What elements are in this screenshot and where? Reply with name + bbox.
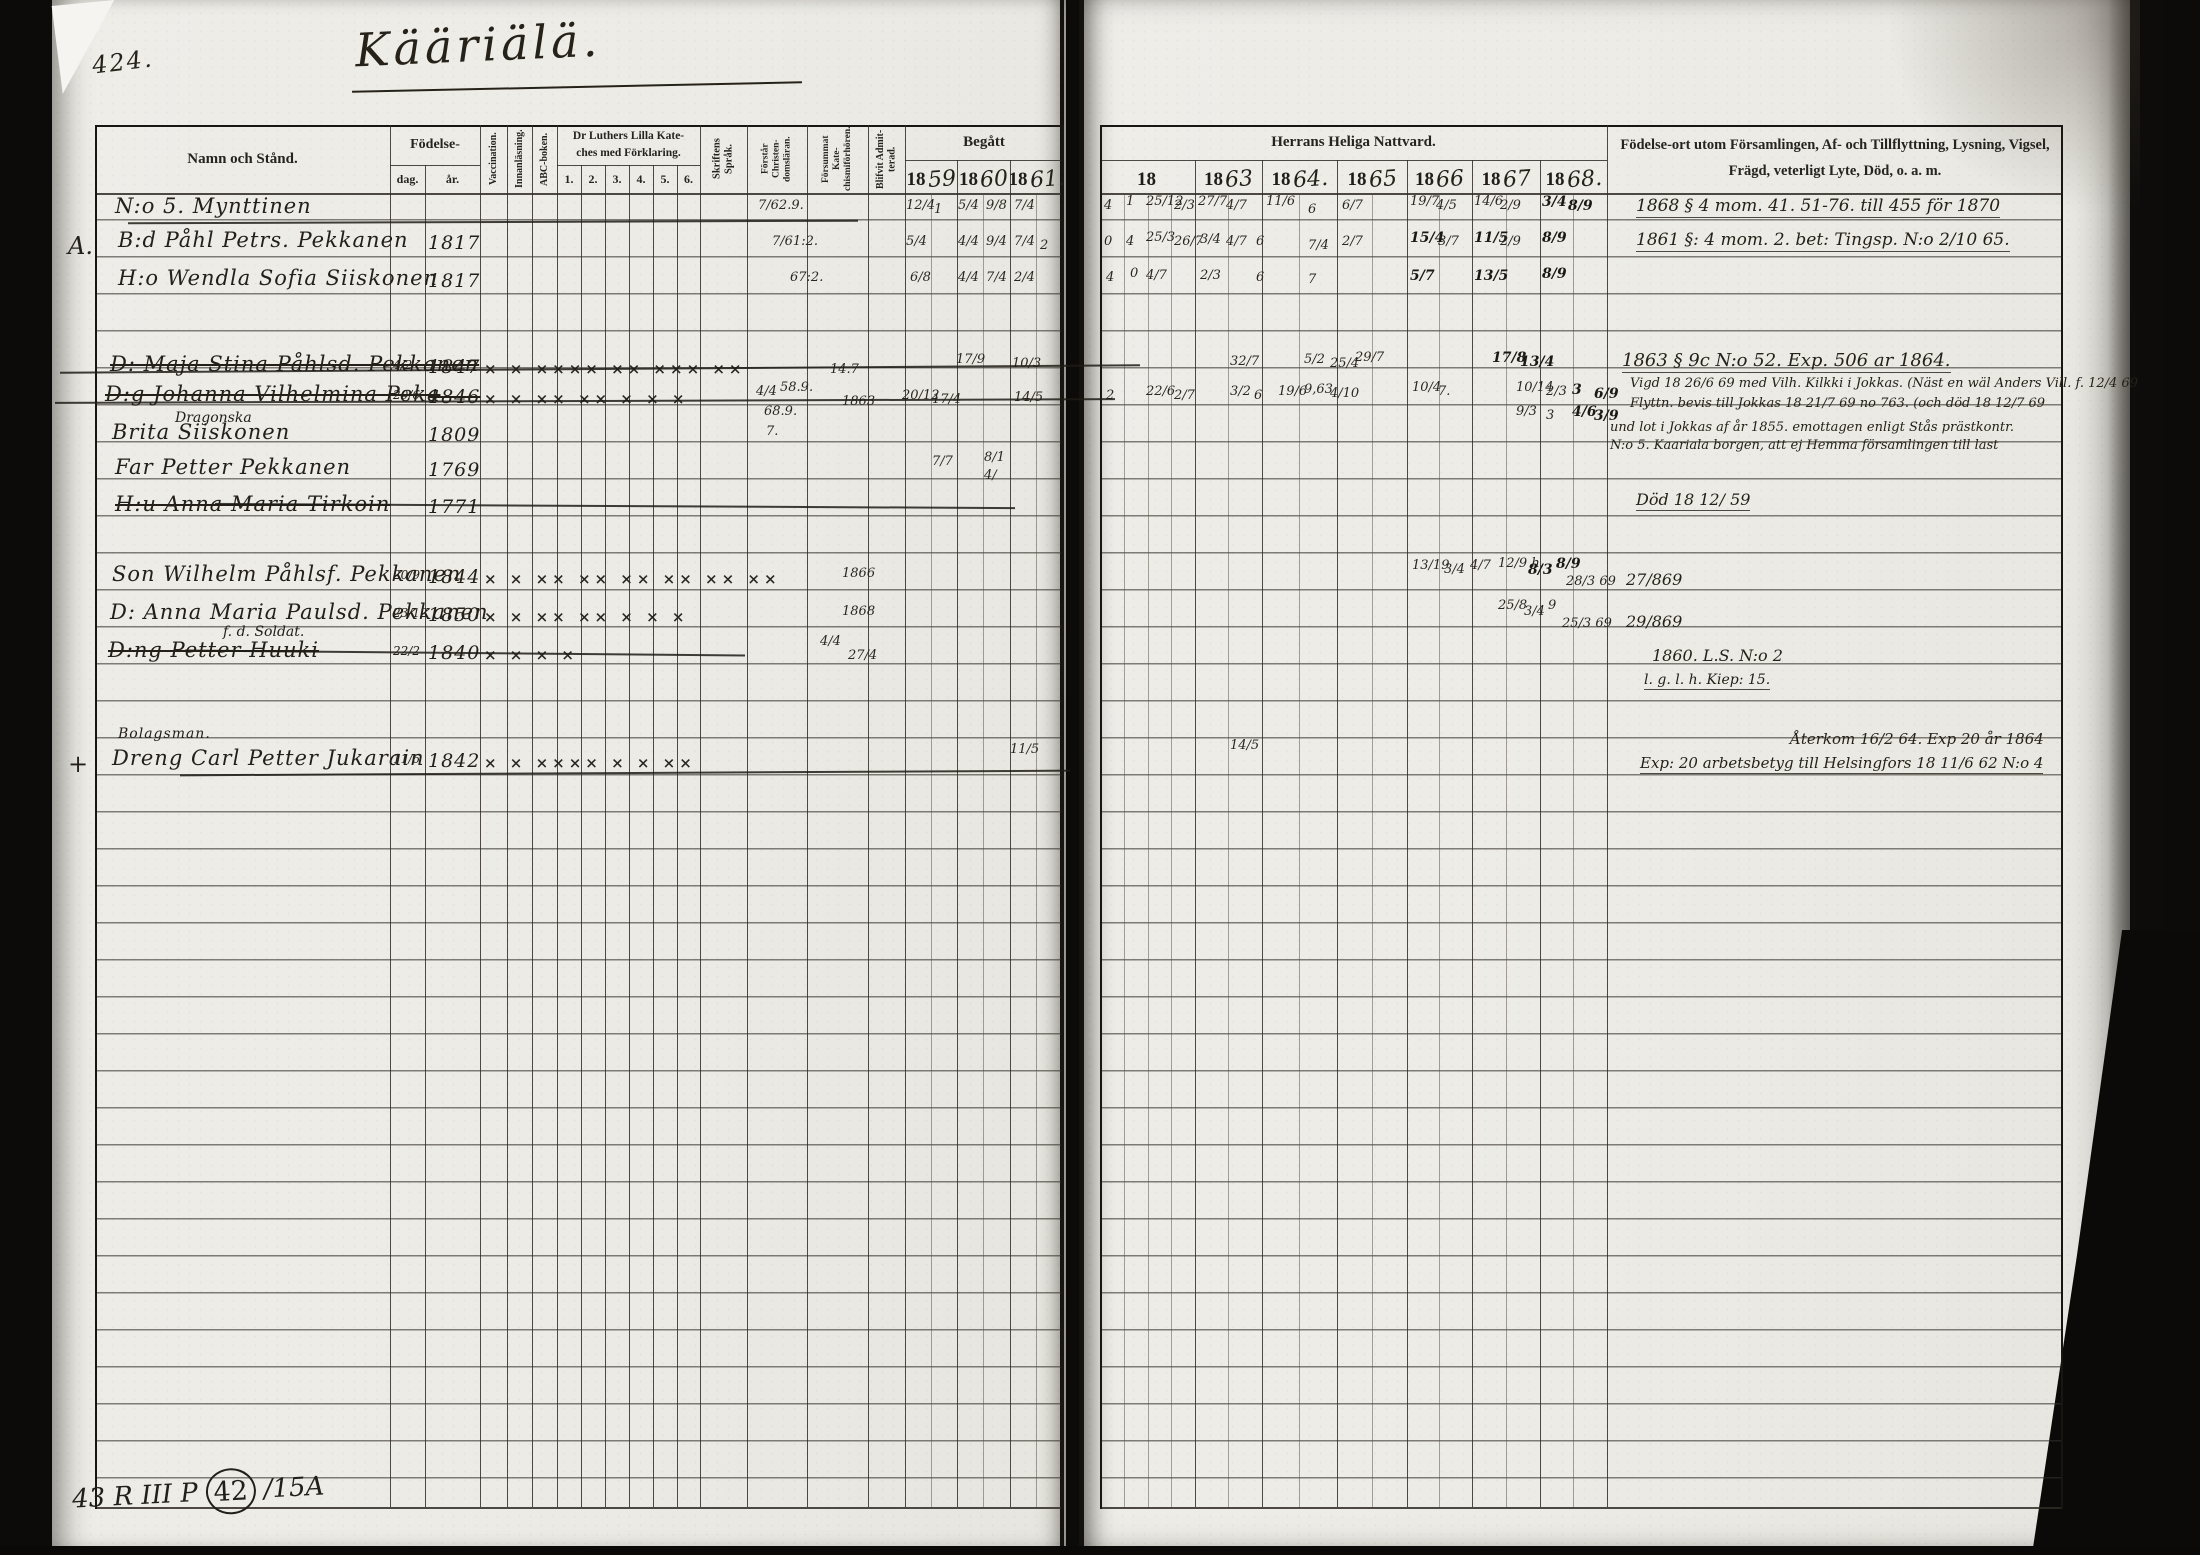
grid-mark: 7/4 bbox=[1308, 238, 1329, 253]
grid-mark: 13/4 bbox=[1520, 354, 1554, 370]
grid-mark: 26/7 bbox=[1174, 234, 1203, 249]
grid-mark: 10/4 bbox=[1412, 380, 1441, 395]
year-1868: 1868. bbox=[1540, 160, 1607, 191]
grid-line bbox=[700, 125, 701, 1507]
grid-line bbox=[868, 125, 869, 1507]
birth-year: 1809 bbox=[428, 424, 480, 446]
remark-note: Vigd 18 26/6 69 med Vilh. Kilkki i Jokka… bbox=[1630, 376, 2138, 391]
grid-mark: 4 bbox=[1106, 270, 1114, 285]
grid-line bbox=[95, 125, 97, 1509]
grid-mark: 2/9 bbox=[1500, 198, 1521, 213]
grid-mark: 2/4 bbox=[1014, 270, 1035, 285]
grid-mark: 4/7 bbox=[1470, 558, 1491, 573]
year-1861: 1861. bbox=[1010, 160, 1063, 191]
grid-line bbox=[1100, 1507, 2063, 1509]
corner-note-circled-number: 42 bbox=[205, 1467, 257, 1516]
row-name: H:o Wendla Sofia Siiskonen bbox=[118, 266, 438, 290]
year-1860: 1860 bbox=[957, 160, 1010, 191]
col-header-missed: Försummat Kate- chismiförhören. bbox=[807, 126, 868, 192]
grid-mark: 7/7 bbox=[932, 454, 953, 469]
margin-note: A. bbox=[68, 232, 93, 260]
grid-mark: 2/3 bbox=[1200, 268, 1221, 283]
grid-mark: 0 bbox=[1130, 266, 1138, 281]
remark-note: N:o 5. Kaariala borgen, att ej Hemma för… bbox=[1610, 438, 1998, 453]
grid-line bbox=[1010, 160, 1011, 1507]
grid-mark: 6/7 bbox=[1342, 198, 1363, 213]
grid-mark: 2 bbox=[1040, 238, 1048, 253]
grid-line bbox=[557, 125, 558, 1507]
grid-mark: 67:2. bbox=[790, 270, 823, 285]
year-printed: 18 bbox=[1009, 169, 1028, 191]
remark-note: 29/869 bbox=[1626, 612, 1682, 631]
remark-note: Exp: 20 arbetsbetyg till Helsingfors 18 … bbox=[1640, 754, 2043, 774]
grid-mark: 4/4 bbox=[820, 634, 841, 649]
birth-year: 1817 bbox=[428, 270, 480, 292]
grid-mark: 27/7 bbox=[1198, 194, 1227, 209]
grid-mark: 2/7 bbox=[1342, 234, 1363, 249]
grid-mark: 4/4 bbox=[958, 270, 979, 285]
birth-day: 11/6 bbox=[393, 752, 420, 766]
grid-mark: 9/4 bbox=[986, 234, 1007, 249]
year-printed: 18 bbox=[907, 169, 926, 191]
grid-mark: 19/7 bbox=[1410, 194, 1439, 209]
col-header-understands: Förstår Christen- domsläran. bbox=[747, 126, 807, 192]
remark-note: 27/869 bbox=[1626, 570, 1682, 589]
year-1866: 1866 bbox=[1407, 160, 1472, 191]
col-header-vaccination: Vaccination. bbox=[480, 126, 507, 192]
grid-line bbox=[1372, 193, 1373, 1507]
year-1863: 1863 bbox=[1195, 160, 1262, 191]
grid-mark: 8/1 bbox=[984, 450, 1005, 465]
grid-mark: 6 bbox=[1308, 202, 1316, 217]
grid-line bbox=[1472, 160, 1473, 1507]
grid-mark: 1 bbox=[1126, 194, 1134, 209]
grid-line bbox=[905, 125, 906, 1507]
catechism-col-2: 2. bbox=[581, 165, 605, 193]
grid-mark: 28/3 69 bbox=[1566, 574, 1616, 589]
remark-note: Flyttn. bevis till Jokkas 18 21/7 69 no … bbox=[1630, 396, 2045, 411]
grid-mark: 3/4 bbox=[1542, 194, 1567, 210]
grid-mark: 19/6 bbox=[1278, 384, 1307, 399]
grid-mark: 9/8 bbox=[986, 198, 1007, 213]
grid-mark: 14.7 bbox=[830, 362, 859, 377]
grid-mark: 10/3 bbox=[1012, 356, 1041, 371]
col-header-reading: Innanläsning. bbox=[507, 126, 532, 192]
year-printed: 18 bbox=[1348, 169, 1367, 191]
check-marks: × × × × bbox=[484, 646, 578, 664]
year-written: 61. bbox=[1029, 166, 1066, 193]
remark-note: und lot i Jokkas af år 1855. emottagen e… bbox=[1610, 420, 2014, 435]
col-header-scripture: Skriftens Språk. bbox=[700, 126, 747, 192]
col-header-communion: Herrans Heliga Nattvard. bbox=[1100, 125, 1607, 160]
grid-mark: 2/3 bbox=[1546, 384, 1567, 399]
grid-mark: 5/4 bbox=[906, 234, 927, 249]
year-written: 64. bbox=[1292, 166, 1329, 193]
grid-mark: 11/6 bbox=[1266, 194, 1295, 209]
row-subnote: f. d. Soldat. bbox=[223, 624, 304, 640]
check-marks: × × ×××× × × ×× bbox=[484, 754, 696, 772]
margin-note: + bbox=[68, 750, 88, 778]
year-printed: 18 bbox=[1137, 169, 1156, 191]
grid-mark: 29/7 bbox=[1355, 350, 1384, 365]
year-printed: 18 bbox=[1204, 169, 1223, 191]
grid-line bbox=[983, 193, 984, 1507]
grid-mark: 25/3 69 bbox=[1562, 616, 1612, 631]
year-written: 68. bbox=[1566, 166, 1603, 193]
year-printed: 18 bbox=[1546, 169, 1565, 191]
col-header-catechism-2: ches med Förklaring. bbox=[557, 144, 700, 162]
birth-year: 1847 bbox=[428, 356, 480, 378]
grid-mark: 0 bbox=[1104, 234, 1112, 249]
year-written: 63 bbox=[1224, 166, 1254, 193]
grid-mark: 7. bbox=[1438, 384, 1450, 399]
grid-line bbox=[747, 125, 748, 1507]
row-name: Brita Siiskonen bbox=[112, 420, 290, 444]
grid-mark: 9,63 bbox=[1304, 382, 1333, 397]
grid-mark: 8/9 bbox=[1542, 266, 1567, 282]
remark-note: 1861 §: 4 mom. 2. bet: Tingsp. N:o 2/10 … bbox=[1636, 230, 2010, 252]
grid-mark: 6 bbox=[1256, 234, 1264, 249]
grid-mark: 2 bbox=[1106, 388, 1114, 403]
grid-mark: 6/9 bbox=[1594, 386, 1619, 402]
birth-day: 23/12 bbox=[393, 606, 428, 620]
grid-line bbox=[1607, 125, 1608, 1507]
check-marks: × × ×× ×× ×× ×× ×× ×× bbox=[484, 570, 781, 588]
grid-mark: 68.9. bbox=[764, 404, 797, 419]
grid-mark: 14/6 bbox=[1474, 194, 1503, 209]
year-printed: 18 bbox=[1272, 169, 1291, 191]
remark-note: 1868 § 4 mom. 41. 51-76. till 455 för 18… bbox=[1636, 196, 2000, 218]
birth-year: 1771 bbox=[428, 496, 480, 518]
grid-mark: 1866 bbox=[842, 566, 875, 581]
col-header-name: Namn och Stånd. bbox=[95, 125, 390, 193]
grid-mark: 4/7 bbox=[1226, 234, 1247, 249]
grid-mark: 3/2 bbox=[1230, 384, 1251, 399]
remark-note: 1860. L.S. N:o 2 bbox=[1652, 646, 1783, 665]
grid-mark: 1 bbox=[934, 202, 942, 217]
grid-line bbox=[1262, 160, 1263, 1507]
grid-mark: 4/4 bbox=[958, 234, 979, 249]
row-name: Bolagsman. bbox=[118, 726, 211, 742]
grid-mark: 32/7 bbox=[1230, 354, 1259, 369]
grid-mark: 7/62.9. bbox=[758, 198, 804, 213]
grid-mark: 3/4 bbox=[1200, 232, 1221, 247]
birth-day: 20/9 bbox=[393, 568, 420, 582]
grid-line bbox=[507, 125, 508, 1507]
grid-line bbox=[480, 125, 481, 1507]
year-1865: 1865 bbox=[1337, 160, 1407, 191]
scanned-ledger-page: 424. Kääriälä. Namn och Stånd. Födelse- … bbox=[0, 0, 2200, 1555]
grid-mark: 9 bbox=[1548, 598, 1556, 613]
grid-mark: 1868 bbox=[842, 604, 875, 619]
grid-mark: 3/4 bbox=[1524, 604, 1545, 619]
grid-mark: 25/3 bbox=[1146, 230, 1175, 245]
grid-mark: 7/4 bbox=[1014, 234, 1035, 249]
year-18xx: 18 bbox=[1100, 160, 1195, 191]
corner-note-left: 43 R III P bbox=[71, 1478, 198, 1515]
grid-mark: 4/6 bbox=[1572, 404, 1597, 420]
scan-bottom-edge bbox=[0, 1546, 2200, 1555]
row-name: B:d Påhl Petrs. Pekkanen bbox=[118, 228, 409, 252]
grid-mark: 4/4 bbox=[756, 384, 777, 399]
grid-mark: 12/4 bbox=[906, 198, 935, 213]
grid-line bbox=[390, 125, 391, 1507]
year-written: 59 bbox=[927, 166, 957, 193]
grid-mark: 4/ bbox=[984, 468, 997, 483]
grid-mark: 2/7 bbox=[1174, 388, 1195, 403]
birth-year: 1817 bbox=[428, 232, 480, 254]
grid-mark: 2/9 bbox=[1500, 234, 1521, 249]
year-written: 60 bbox=[979, 166, 1009, 193]
remark-note: Död 18 12/ 59 bbox=[1636, 490, 1750, 511]
grid-line bbox=[1195, 160, 1196, 1507]
year-1859: 1859 bbox=[905, 160, 957, 191]
grid-mark: 58.9. bbox=[780, 380, 813, 395]
grid-mark: 7 bbox=[1308, 272, 1316, 287]
grid-mark: 25/8 bbox=[1498, 598, 1527, 613]
col-header-birth-year: år. bbox=[425, 165, 480, 193]
grid-mark: 7/61:2. bbox=[772, 234, 818, 249]
grid-mark: 8/9 bbox=[1568, 198, 1593, 214]
grid-mark: 5/2 bbox=[1304, 352, 1325, 367]
grid-mark: 5/7 bbox=[1410, 268, 1435, 284]
grid-mark: 4 bbox=[1126, 234, 1134, 249]
catechism-col-6: 6. bbox=[677, 165, 700, 193]
grid-mark: 2/3 bbox=[1174, 198, 1195, 213]
page-title: Kääriälä. bbox=[354, 13, 602, 78]
grid-line bbox=[2061, 125, 2063, 1509]
col-header-birth-day: dag. bbox=[390, 165, 425, 193]
catechism-col-4: 4. bbox=[629, 165, 653, 193]
grid-line bbox=[532, 125, 533, 1507]
grid-mark: 13/5 bbox=[1474, 268, 1508, 284]
catechism-col-3: 3. bbox=[605, 165, 629, 193]
grid-mark: 7. bbox=[766, 424, 778, 439]
grid-line bbox=[1100, 125, 1102, 1509]
year-1867: 1867 bbox=[1472, 160, 1540, 191]
grid-mark: 6/8 bbox=[910, 270, 931, 285]
grid-mark: 4 bbox=[1104, 198, 1112, 213]
grid-mark: 7/4 bbox=[986, 270, 1007, 285]
grid-line bbox=[807, 125, 808, 1507]
check-marks: × × ×× ×× × × × bbox=[484, 608, 688, 626]
year-written: 67 bbox=[1502, 166, 1532, 193]
col-header-birth: Födelse- bbox=[390, 125, 480, 165]
grid-line bbox=[1124, 193, 1125, 1507]
grid-mark: 7/4 bbox=[1014, 198, 1035, 213]
remark-note: l. g. l. h. Kiep: 15. bbox=[1644, 672, 1770, 690]
catechism-col-1: 1. bbox=[557, 165, 581, 193]
year-1864: 1864. bbox=[1262, 160, 1337, 191]
remark-note: 1863 § 9c N:o 52. Exp. 506 ar 1864. bbox=[1622, 350, 1951, 373]
grid-line bbox=[1100, 193, 2063, 195]
row-name: N:o 5. Mynttinen bbox=[115, 194, 312, 218]
grid-mark: 14/5 bbox=[1230, 738, 1259, 753]
grid-line bbox=[1228, 193, 1229, 1507]
grid-mark: 3 bbox=[1572, 382, 1582, 398]
grid-mark: 9/3 bbox=[1516, 404, 1537, 419]
grid-mark: 3/7 bbox=[1438, 234, 1459, 249]
year-written: 65 bbox=[1368, 166, 1398, 193]
grid-mark: 6 bbox=[1254, 388, 1262, 403]
grid-line bbox=[1061, 125, 1064, 1509]
grid-mark: 4/7 bbox=[1226, 198, 1247, 213]
birth-year: 1846 bbox=[428, 386, 480, 408]
year-printed: 18 bbox=[959, 169, 978, 191]
birth-year: 1769 bbox=[428, 459, 480, 481]
catechism-col-5: 5. bbox=[653, 165, 677, 193]
grid-line bbox=[1407, 160, 1408, 1507]
remark-note: Återkom 16/2 64. Exp 20 år 1864 bbox=[1790, 730, 2044, 748]
col-header-communion-taken: Begått bbox=[905, 125, 1063, 160]
row-name: Far Petter Pekkanen bbox=[115, 455, 351, 479]
grid-mark: 3/4 bbox=[1444, 562, 1465, 577]
grid-mark: 8/9 bbox=[1542, 230, 1567, 246]
grid-mark: 22/6 bbox=[1146, 384, 1175, 399]
col-header-admitted: Blifvit Admit- terad. bbox=[868, 126, 905, 192]
col-header-catechism-1: Dr Luthers Lilla Kate- bbox=[557, 127, 700, 145]
grid-line bbox=[1506, 193, 1507, 1507]
col-header-abc-book: ABC-boken. bbox=[532, 126, 557, 192]
gutter-line-right bbox=[1079, 0, 1084, 1552]
grid-mark: 5/4 bbox=[958, 198, 979, 213]
grid-mark: 3 bbox=[1546, 408, 1554, 423]
grid-mark: 1863 bbox=[842, 394, 875, 409]
year-printed: 18 bbox=[1482, 169, 1501, 191]
col-header-remarks-1: Födelse-ort utom Församlingen, Af- och T… bbox=[1607, 130, 2063, 160]
grid-mark: 4/5 bbox=[1436, 198, 1457, 213]
birth-year: 1844 bbox=[428, 566, 480, 588]
row-name: Dreng Carl Petter Jukarain bbox=[112, 746, 425, 770]
grid-mark: 27/4 bbox=[848, 648, 877, 663]
grid-mark: 8/9 bbox=[1556, 556, 1581, 572]
grid-mark: 6 bbox=[1256, 270, 1264, 285]
birth-year: 1842 bbox=[428, 750, 480, 772]
year-printed: 18 bbox=[1415, 169, 1434, 191]
grid-mark: 11/5 bbox=[1010, 742, 1039, 757]
col-header-remarks-2: Frägd, veterligt Lyte, Död, o. a. m. bbox=[1607, 158, 2063, 184]
corner-note-right: /15A bbox=[263, 1471, 325, 1504]
birth-year: 1850 bbox=[428, 604, 480, 626]
grid-mark: 8/3 bbox=[1528, 562, 1553, 578]
year-written: 66 bbox=[1435, 166, 1465, 193]
grid-mark: 4/10 bbox=[1330, 386, 1359, 401]
grid-mark: 4/7 bbox=[1146, 268, 1167, 283]
